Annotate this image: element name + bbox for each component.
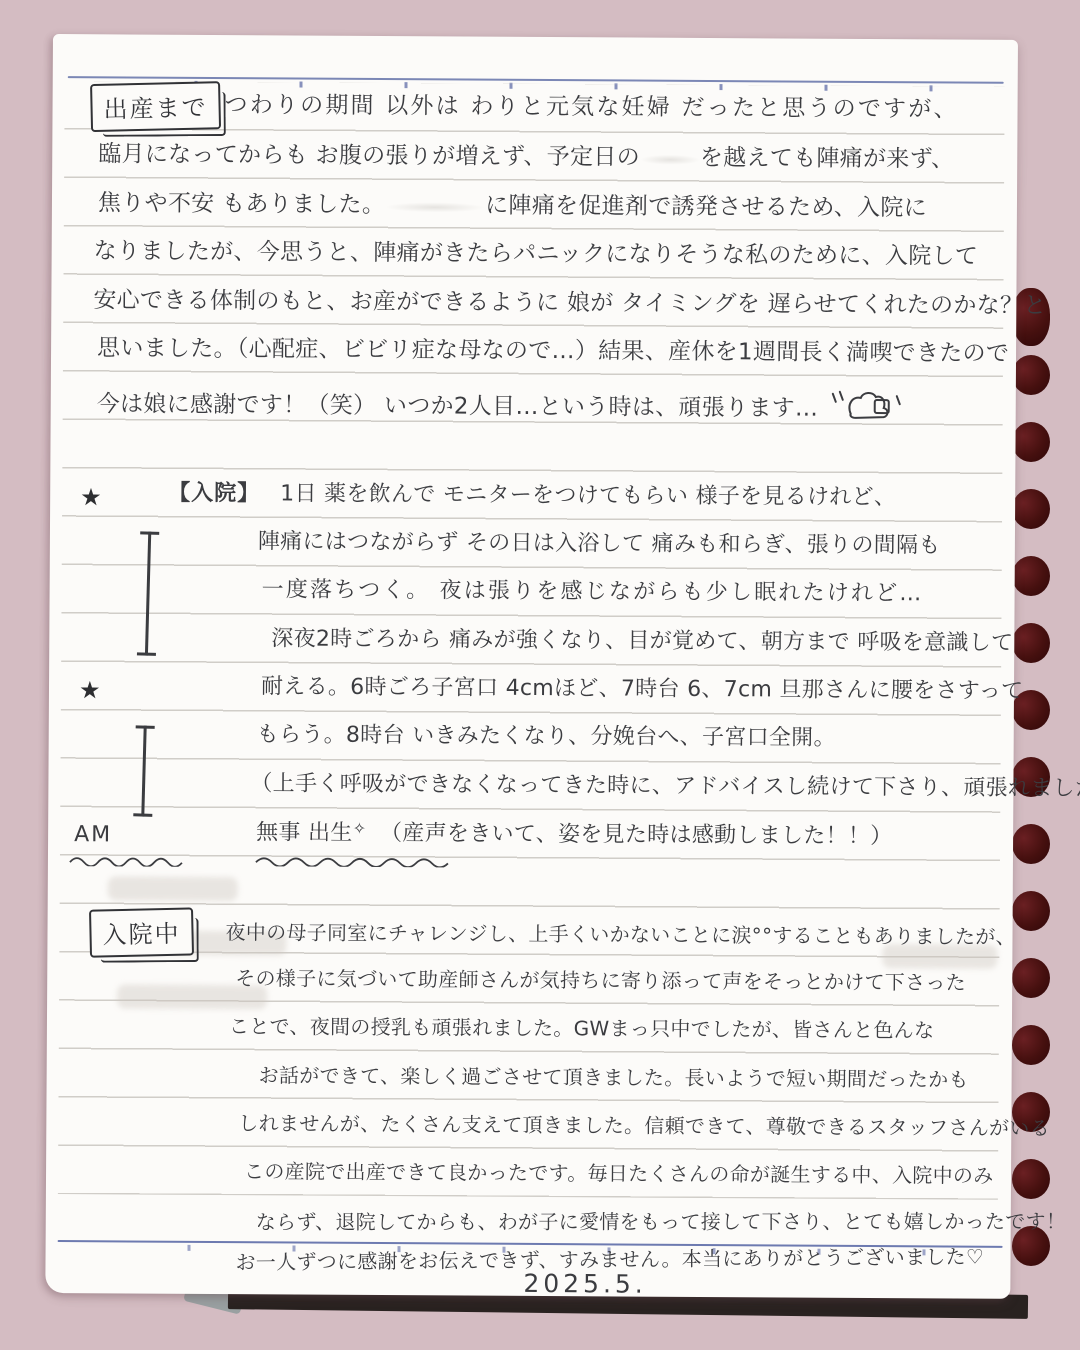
handwritten-line: お話ができて、楽しく過ごさせて頂きました。長いようで短い期間だったかも (259, 1062, 969, 1092)
handwritten-line: この産院で出産できて良かったです。毎日たくさんの命が誕生する中、入院中のみ (244, 1158, 994, 1189)
handwritten-line: 安心できる体制のもと、お産ができるように 娘が タイミングを 遅らせてくれたのか… (93, 286, 1046, 322)
binder-dot (1012, 958, 1050, 998)
binder-dot (1012, 489, 1050, 529)
line-text: を越えても陣痛が来ず、 (700, 145, 955, 173)
handwritten-line: その様子に気づいて助産師さんが気持ちに寄り添って声をそっとかけて下さった (235, 965, 966, 995)
handwritten-line: ならず、退院してからも、わが子に愛情をもって接して下さり、とても嬉しかったです！ (256, 1208, 1066, 1235)
erased-gap (640, 155, 700, 165)
flexed-arm-doodle (826, 388, 904, 422)
line-text: （産声をきいて、姿を見た時は感動しました！！） (380, 821, 893, 849)
handwritten-line: 陣痛にはつながらず その日は入浴して 痛みも和らぎ、張りの間隔も (258, 528, 941, 561)
binder-dot (1012, 355, 1050, 395)
handwritten-line: 耐える。6時ごろ子宮口 4cmほど、7時台 6、7cm 旦那さんに腰をさすって (261, 673, 1024, 706)
show-through-mark (108, 876, 238, 901)
handwritten-line: しれませんが、たくさん支えて頂きました。信頼できて、尊敬できるスタッフさんがいる (238, 1110, 1050, 1141)
timeline-bar (141, 726, 146, 817)
handwritten-line: 夜中の母子同室にチャレンジし、上手くいかないことに涙°°することもありましたが、 (225, 919, 1016, 950)
binder-dot (1012, 422, 1050, 462)
handwritten-line: （上手く呼吸ができなくなってきた時に、アドバイスし続けて下さり、頑張れました！ (250, 770, 1080, 804)
handwritten-line: 今は娘に感謝です！（笑） いつか2人目…という時は、頑張ります… (97, 383, 905, 425)
handwritten-line: 深夜2時ごろから 痛みが強くなり、目が覚めて、朝方まで 呼吸を意識して (271, 625, 1013, 658)
section-header-hospitalization: 【入院】 (168, 481, 260, 507)
binder-dot (1012, 891, 1050, 931)
binder-dot (1012, 623, 1050, 663)
handwritten-line: つわりの期間 以外は わりと元気な妊婦 だったと思うのですが、 (224, 91, 958, 125)
handwritten-line: 臨月になってからも お腹の張りが増えず、予定日のを越えても陣痛が来ず、 (98, 140, 954, 175)
handwritten-line: 【入院】1日 薬を飲んで モニターをつけてもらい 様子を見るけれど、 (168, 480, 896, 513)
section-header-before-birth: 出産まで (90, 81, 221, 132)
handwritten-line: なりましたが、今思うと、陣痛がきたらパニックになりそうな私のために、入院して (94, 237, 979, 272)
section-header-during-stay: 入院中 (89, 907, 194, 957)
binder-dot (1012, 556, 1050, 596)
date: 2025.5. (523, 1269, 647, 1299)
wavy-underline (254, 856, 454, 867)
binder-dot (1012, 824, 1050, 864)
line-text: 焦りや不安 もありました。 (98, 190, 385, 218)
line-text: 無事 出生 (256, 820, 353, 846)
am-label: AM (74, 822, 112, 847)
timeline-bar (145, 532, 151, 656)
handwritten-line: ことで、夜間の授乳も頑張れました。GWまっ只中でしたが、皆さんと色んな (229, 1013, 935, 1043)
binder-dot (1012, 1159, 1050, 1199)
notebook-page: 出産まで つわりの期間 以外は わりと元気な妊婦 だったと思うのですが、 臨月に… (45, 34, 1018, 1299)
line-text: 今は娘に感謝です！（笑） いつか2人目…という時は、頑張ります… (97, 391, 819, 421)
handwritten-line: 一度落ちつく。 夜は張りを感じながらも少し眠れたけれど… (262, 576, 924, 609)
line-text: 1日 薬を飲んで モニターをつけてもらい 様子を見るけれど、 (280, 481, 896, 510)
star-bullet: ★ (80, 483, 102, 511)
handwritten-line: もらう。8時台 いきみたくなり、分娩台へ、子宮口全開。 (257, 721, 836, 753)
handwritten-line: 思いました。（心配症、ビビリ症な母なので…）結果、産休を1週間長く満喫できたので (97, 334, 1009, 369)
handwritten-line: 無事 出生✧（産声をきいて、姿を見た時は感動しました！！） (256, 818, 893, 851)
sparkle-doodle: ✧ (353, 819, 367, 838)
wavy-underline (68, 856, 194, 867)
handwritten-line: 焦りや不安 もありました。に陣痛を促進剤で誘発させるため、入院に (98, 189, 927, 224)
line-text: 臨月になってからも お腹の張りが増えず、予定日の (98, 141, 640, 170)
erased-gap (385, 202, 485, 213)
binder-dot (1012, 1025, 1050, 1065)
star-bullet: ★ (79, 676, 101, 704)
line-text: に陣痛を促進剤で誘発させるため、入院に (485, 193, 927, 222)
